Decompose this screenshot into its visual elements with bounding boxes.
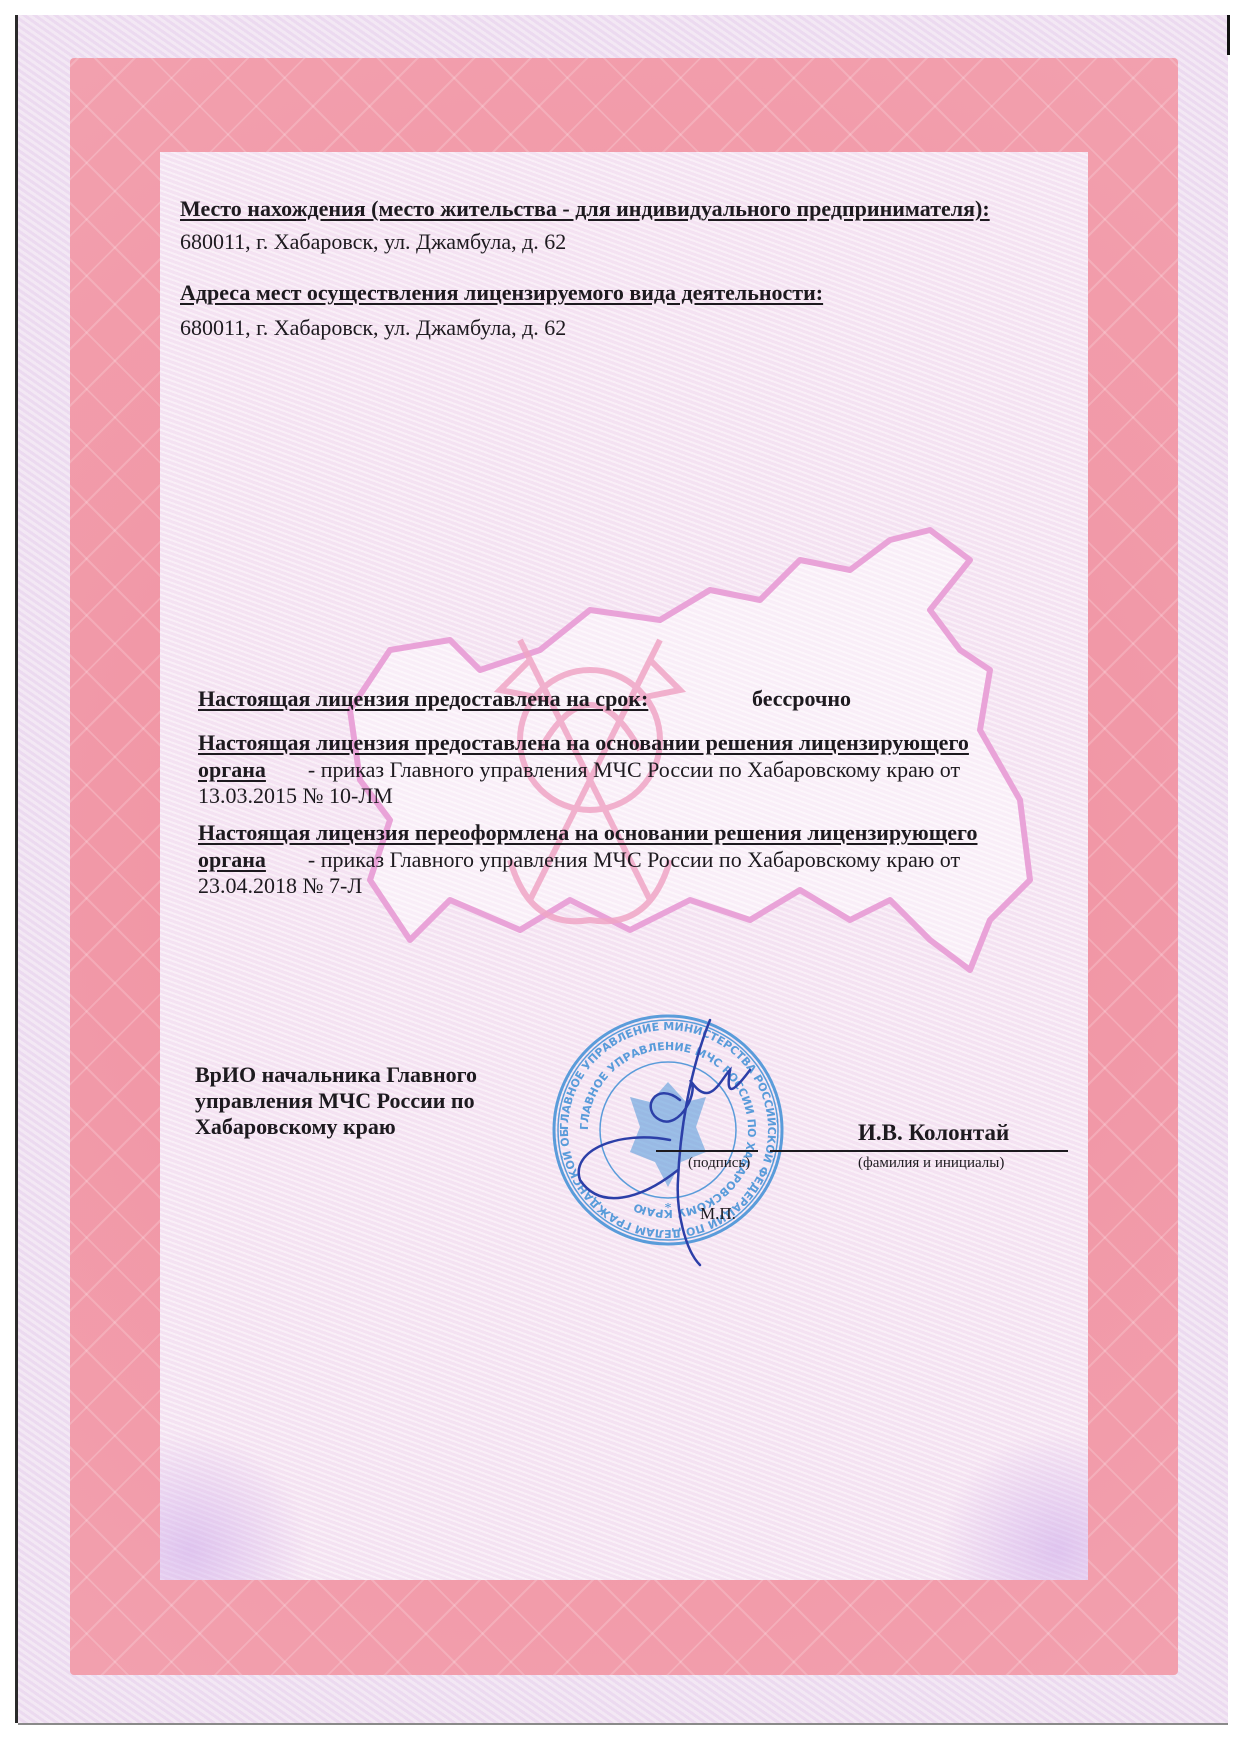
reissued-basis-order: - приказ Главного управления МЧС России … bbox=[308, 847, 960, 872]
granted-basis-line: органа- приказ Главного управления МЧС Р… bbox=[198, 757, 960, 783]
reissued-basis-heading-end: органа bbox=[198, 847, 266, 872]
seal-label: М.П. bbox=[700, 1205, 736, 1223]
signatory-position-line1: ВрИО начальника Главного bbox=[195, 1062, 477, 1088]
location-value: 680011, г. Хабаровск, ул. Джамбула, д. 6… bbox=[180, 229, 566, 255]
signature-line bbox=[656, 1150, 758, 1152]
granted-basis-heading: Настоящая лицензия предоставлена на осно… bbox=[198, 730, 969, 756]
signatory-position-line2: управления МЧС России по bbox=[195, 1088, 475, 1114]
name-caption: (фамилия и инициалы) bbox=[858, 1154, 1004, 1172]
activity-addresses-value: 680011, г. Хабаровск, ул. Джамбула, д. 6… bbox=[180, 315, 566, 341]
term-heading: Настоящая лицензия предоставлена на срок… bbox=[198, 686, 648, 712]
term-value: бессрочно bbox=[752, 686, 851, 712]
reissued-basis-heading: Настоящая лицензия переоформлена на осно… bbox=[198, 820, 978, 846]
reissued-basis-order-number: 23.04.2018 № 7-Л bbox=[198, 873, 362, 899]
location-heading: Место нахождения (место жительства - для… bbox=[180, 196, 990, 222]
granted-basis-heading-end: органа bbox=[198, 757, 266, 782]
signature-caption: (подпись) bbox=[688, 1154, 750, 1172]
activity-addresses-heading: Адреса мест осуществления лицензируемого… bbox=[180, 280, 823, 306]
signatory-name: И.В. Колонтай bbox=[858, 1120, 1009, 1146]
granted-basis-order: - приказ Главного управления МЧС России … bbox=[308, 757, 960, 782]
corner-ornament bbox=[160, 1430, 310, 1580]
name-line bbox=[770, 1150, 1068, 1152]
corner-ornament bbox=[938, 1430, 1088, 1580]
signatory-position-line3: Хабаровскому краю bbox=[195, 1114, 396, 1140]
granted-basis-order-number: 13.03.2015 № 10-ЛМ bbox=[198, 783, 393, 809]
reissued-basis-line: органа- приказ Главного управления МЧС Р… bbox=[198, 847, 960, 873]
